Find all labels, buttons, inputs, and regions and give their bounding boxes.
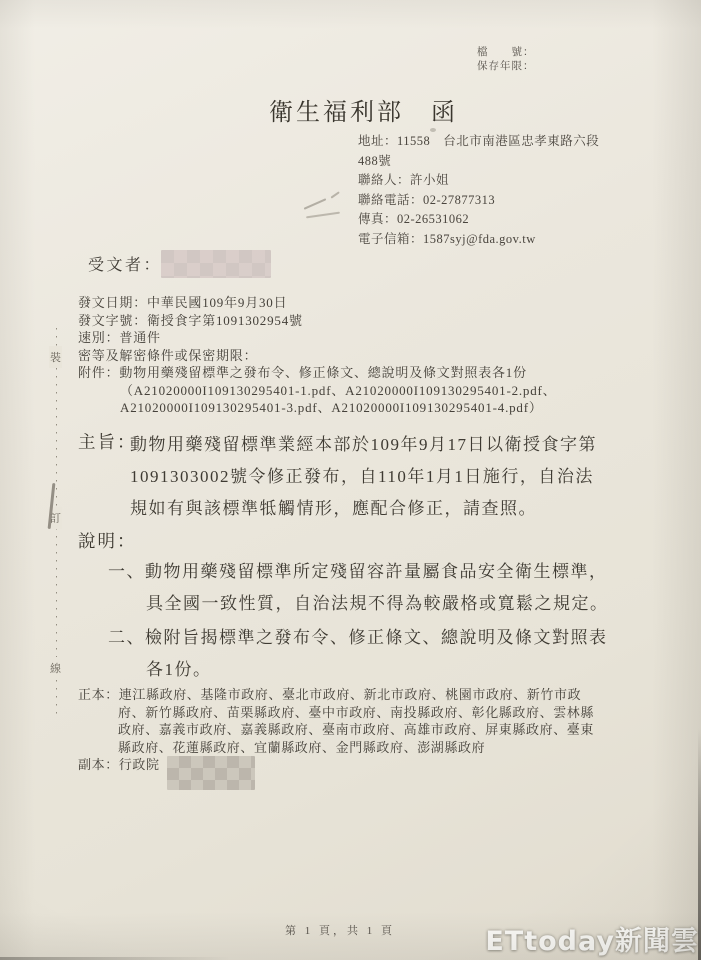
explanation-item1-line: 具全國一致性質，自治法規不得為較嚴格或寬鬆之規定。	[146, 589, 609, 614]
explanation-item1-line: 一、動物用藥殘留標準所定殘留容許量屬食品安全衛生標準，	[108, 557, 608, 582]
document-photo: 檔 號： 保存年限： 衛生福利部 函 地址：11558 台北市南港區忠孝東路六段…	[0, 0, 701, 960]
explanation-label: 說明：	[78, 528, 137, 553]
pencil-mark	[304, 198, 327, 210]
pencil-mark	[430, 128, 436, 132]
sender-address-line1: 地址：11558 台北市南港區忠孝東路六段	[358, 132, 599, 152]
recipient-redaction-mosaic	[161, 250, 271, 278]
sender-contact-person: 聯絡人：許小姐	[358, 171, 599, 191]
sender-phone: 聯絡電話：02-27877313	[358, 191, 599, 211]
explanation-item2-line: 二、檢附旨揭標準之發布令、修正條文、總說明及條文對照表	[108, 623, 608, 648]
subject-line: 1091303002號令修正發布，自110年1月1日施行，自治法	[130, 462, 594, 487]
carbon-copy-line: 副本：行政院	[78, 756, 594, 774]
news-watermark: ETtoday新聞雲	[485, 919, 699, 958]
subject-label: 主旨：	[78, 429, 137, 454]
issue-date: 發文日期：中華民國109年9月30日	[78, 294, 556, 312]
file-number-label: 檔 號：	[477, 46, 535, 60]
page-number-footer: 第 1 頁，共 1 頁	[250, 922, 430, 938]
document-title: 衛生福利部 函	[269, 92, 458, 127]
document-meta-block: 發文日期：中華民國109年9月30日 發文字號：衛授食字第1091302954號…	[78, 294, 556, 417]
file-block: 檔 號： 保存年限：	[477, 46, 535, 74]
sender-address-line2: 488號	[358, 152, 599, 172]
subject-line: 動物用藥殘留標準業經本部於109年9月17日以衛授食字第	[130, 430, 597, 455]
security-classification: 密等及解密條件或保密期限：	[78, 347, 556, 365]
original-copy-line: 正本：連江縣政府、基隆市政府、臺北市政府、新北市政府、桃園市政府、新竹市政	[78, 686, 594, 704]
document-number: 發文字號：衛授食字第1091302954號	[78, 312, 556, 330]
cc-redaction-mosaic	[167, 756, 255, 790]
pencil-mark	[330, 191, 339, 198]
attachment-line3: A21020000I109130295401-3.pdf、A21020000I1…	[120, 399, 556, 417]
pencil-mark	[306, 212, 340, 219]
retention-period-label: 保存年限：	[477, 60, 535, 74]
binding-mark-zhuang: 裝	[49, 346, 62, 368]
subject-line: 規如有與該標準牴觸情形，應配合修正，請查照。	[130, 494, 537, 519]
explanation-item2-line: 各1份。	[146, 655, 212, 680]
original-copy-line: 府、新竹縣政府、苗栗縣政府、臺中市政府、南投縣政府、彰化縣政府、雲林縣	[118, 704, 594, 722]
original-copy-line: 政府、嘉義市政府、嘉義縣政府、臺南市政府、高雄市政府、屏東縣政府、臺東	[118, 721, 594, 739]
sender-info-block: 地址：11558 台北市南港區忠孝東路六段 488號 聯絡人：許小姐 聯絡電話：…	[358, 132, 599, 250]
recipient-label: 受文者：	[88, 252, 162, 275]
delivery-speed: 速別：普通件	[78, 329, 556, 347]
original-copy-line: 縣政府、花蓮縣政府、宜蘭縣政府、金門縣政府、澎湖縣政府	[118, 739, 594, 757]
attachment-line2: （A21020000I109130295401-1.pdf、A21020000I…	[120, 382, 556, 400]
sender-fax: 傳真：02-26531062	[358, 210, 599, 230]
sender-email: 電子信箱：1587syj@fda.gov.tw	[358, 230, 599, 250]
copies-block: 正本：連江縣政府、基隆市政府、臺北市政府、新北市政府、桃園市政府、新竹市政 府、…	[78, 686, 594, 774]
attachment-line1: 附件：動物用藥殘留標準之發布令、修正條文、總說明及條文對照表各1份	[78, 364, 556, 382]
binding-mark-xian: 線	[49, 657, 62, 679]
